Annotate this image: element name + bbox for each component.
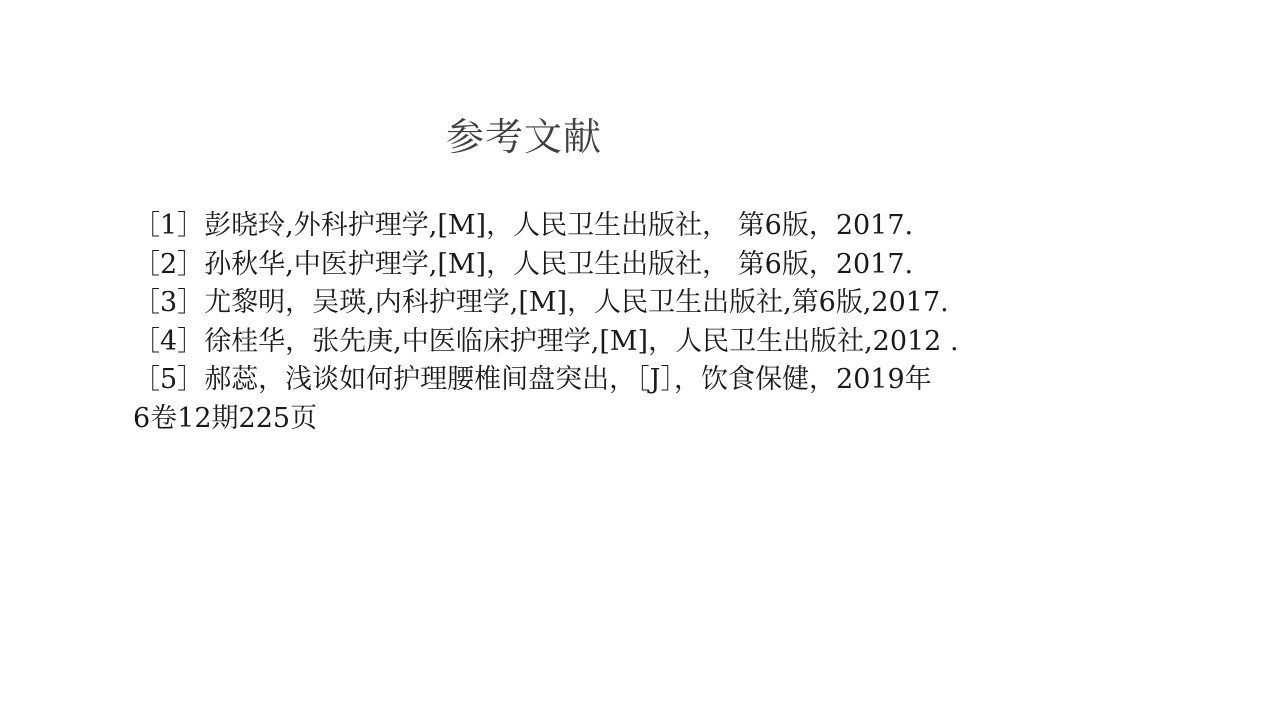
reference-number: ［4］ [133, 323, 204, 362]
reference-list: ［1］彭晓玲,外科护理学,[M]，人民卫生出版社， 第6版，2017. ［2］孙… [133, 207, 1123, 438]
reference-text: 孙秋华,中医护理学,[M]，人民卫生出版社， 第6版，2017. [204, 249, 913, 280]
reference-text: 郝蕊，浅谈如何护理腰椎间盘突出，［J］，饮食保健，2019年 [204, 364, 932, 395]
reference-item-3: ［3］尤黎明，吴瑛,内科护理学,[M]，人民卫生出版社,第6版,2017. [133, 284, 1123, 323]
reference-item-5: ［5］郝蕊，浅谈如何护理腰椎间盘突出，［J］，饮食保健，2019年 [133, 361, 1123, 400]
reference-number: ［3］ [133, 284, 204, 323]
reference-number: ［2］ [133, 246, 204, 285]
slide: 参考文献 ［1］彭晓玲,外科护理学,[M]，人民卫生出版社， 第6版，2017.… [0, 0, 1280, 720]
reference-item-5-continuation: 6卷12期225页 [133, 400, 1123, 439]
reference-number: ［1］ [133, 207, 204, 246]
reference-item-4: ［4］徐桂华，张先庚,中医临床护理学,[M]，人民卫生出版社,2012 . [133, 323, 1123, 362]
page-title: 参考文献 [446, 112, 602, 162]
reference-text: 彭晓玲,外科护理学,[M]，人民卫生出版社， 第6版，2017. [204, 210, 913, 241]
reference-text: 徐桂华，张先庚,中医临床护理学,[M]，人民卫生出版社,2012 . [204, 326, 958, 357]
reference-item-2: ［2］孙秋华,中医护理学,[M]，人民卫生出版社， 第6版，2017. [133, 246, 1123, 285]
reference-item-1: ［1］彭晓玲,外科护理学,[M]，人民卫生出版社， 第6版，2017. [133, 207, 1123, 246]
reference-number: ［5］ [133, 361, 204, 400]
reference-text: 尤黎明，吴瑛,内科护理学,[M]，人民卫生出版社,第6版,2017. [204, 287, 949, 318]
